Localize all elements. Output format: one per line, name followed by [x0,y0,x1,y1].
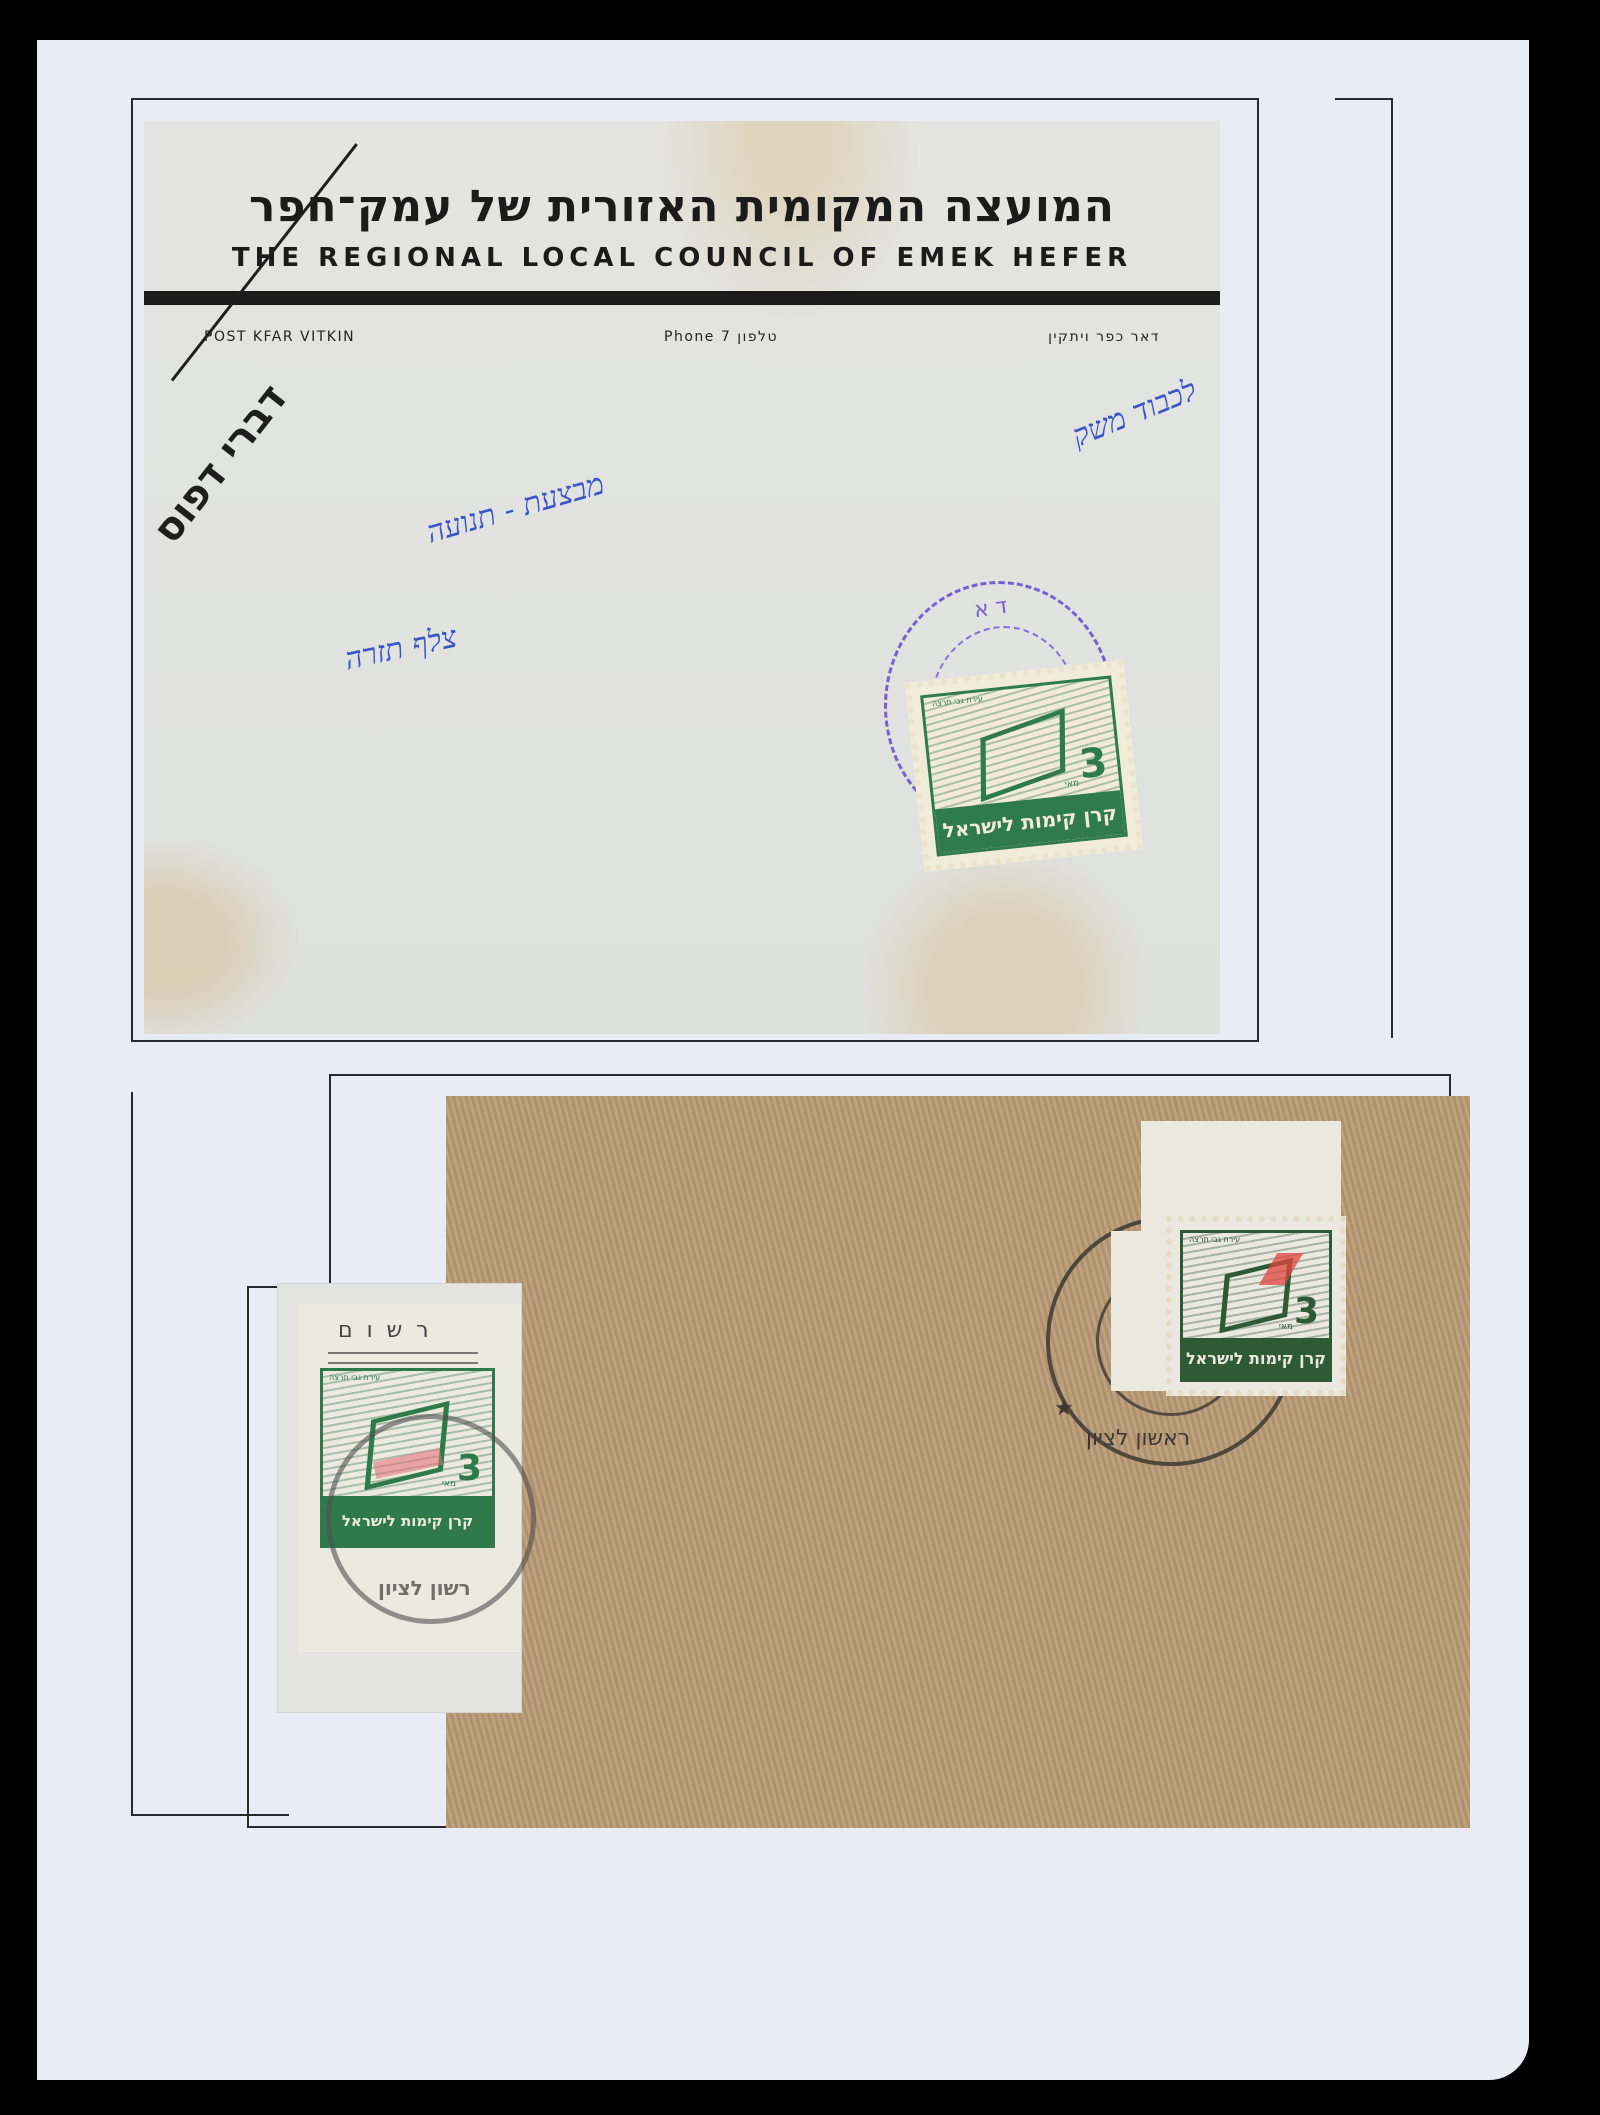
cover-2-frame-left-lower [247,1286,249,1828]
stamp-caption: עירת גבי תרצה [1189,1235,1240,1244]
stamp-caption: עירת גבי תרצה [932,694,984,708]
stamp-jnf-3-mil-margin: עירת גבי תרצה 3 מאי קרן קימות לישראל [1166,1216,1346,1396]
castle-illustration [981,708,1066,802]
stamp-unit: מאי [1279,1322,1293,1332]
postmark-gray-text: רשון לציון [378,1576,471,1600]
address-hebrew: דאר כפר ויתקין [1048,329,1160,345]
stamp-value: 3 [1294,1291,1319,1332]
piece-paper: רשום עירת גבי תרצה 3 מאי קרן קימות לישרא… [298,1304,521,1652]
stamp-jnf-3-mil: עירת גבי תרצה 3 מאי קרן קימות לישראל [905,660,1144,872]
star-icon: ★ [1054,1396,1074,1421]
registered-label: רשום [338,1318,443,1343]
stamp-value: 3 [1077,740,1109,789]
handwritten-line-2: מבצעת - תנועה [423,466,608,550]
handwritten-line-3: צלף תזרה [342,620,461,678]
registered-underline [328,1352,478,1364]
empty-slot-frame-top [1335,98,1393,1038]
stamp-unit: מאי [1065,778,1080,789]
address-phone: Phone 7 טלפון [664,329,778,345]
letterhead-english-title: THE REGIONAL LOCAL COUNCIL OF EMEK HEFER [144,243,1220,273]
cover-2-frame-left-upper [329,1074,331,1288]
address-post: POST KFAR VITKIN [204,329,355,345]
stamp-design: עירת גבי תרצה 3 מאי קרן קימות לישראל [920,675,1128,856]
postmark-violet-text: ד א [972,594,1009,623]
stamp-sheet-margin-left [1111,1231,1151,1391]
stamp-design: עירת גבי תרצה 3 מאי קרן קימות לישראל [1180,1230,1332,1382]
cover-brown-envelope: ראשון לציון ★ עירת גבי תרצה 3 מאי קרן קי… [446,1096,1470,1828]
stamp-caption: עירת גבי תרצה [329,1373,380,1382]
postmark-black-text: ראשון לציון [1086,1426,1190,1451]
letterhead-rule [144,291,1220,305]
handwritten-line-1: לכבוד משק [1067,373,1202,455]
printed-matter-label: דברי דפוס [144,376,296,553]
cover-emek-hefer: המועצה המקומית האזורית של עמק־חפר THE RE… [144,121,1220,1034]
registered-piece: רשום עירת גבי תרצה 3 מאי קרן קימות לישרא… [277,1283,522,1713]
empty-slot-frame-bottom-left [131,1092,289,1816]
stamp-inscription: קרן קימות לישראל [1183,1338,1329,1379]
stamp-inscription: קרן קימות לישראל [935,790,1125,853]
